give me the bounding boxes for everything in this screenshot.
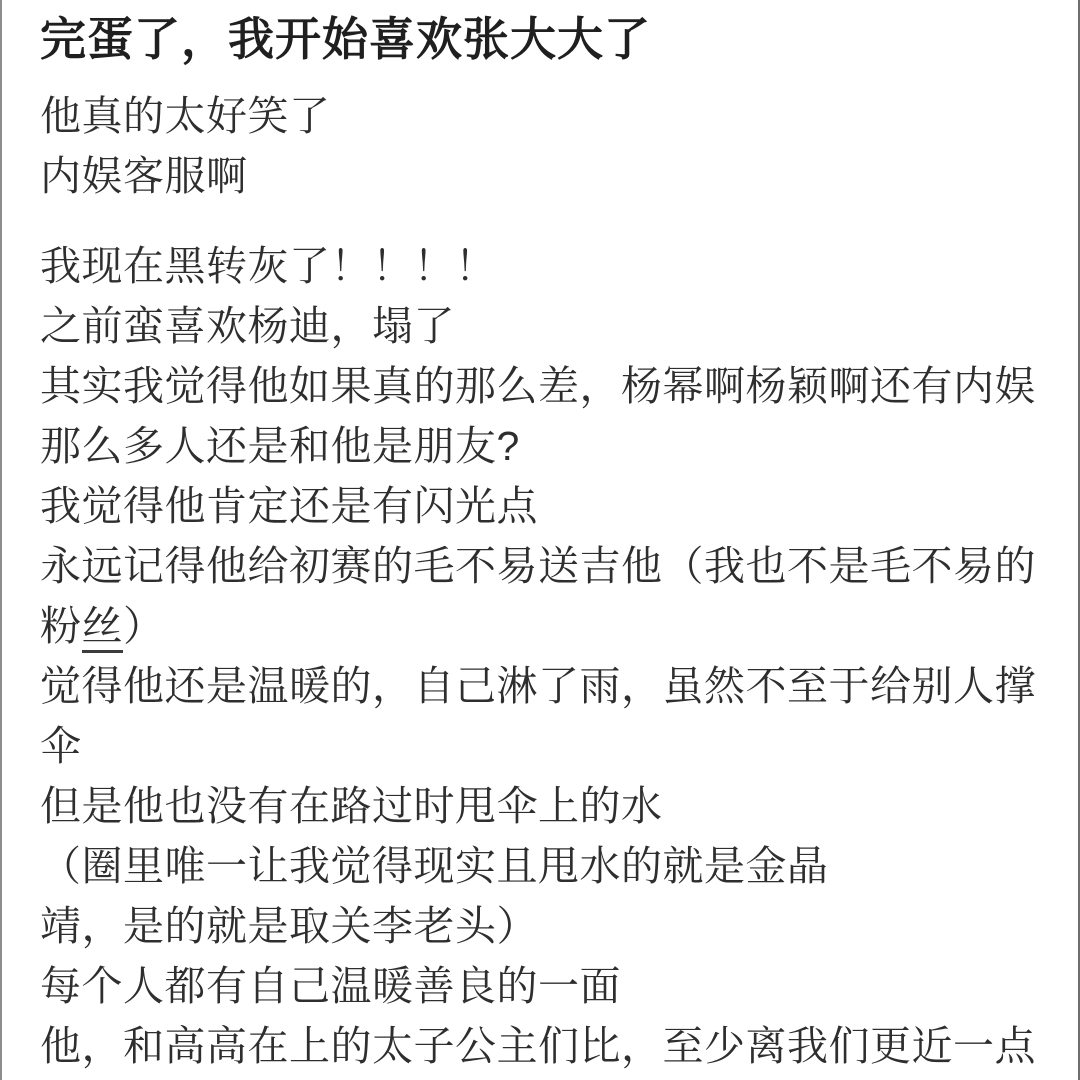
text-line: 我现在黑转灰了！！！！ [40, 236, 1042, 296]
text-line: 其实我觉得他如果真的那么差，杨幂啊杨颖啊还有内娱 [40, 356, 1042, 416]
underlined-text: 丝 [82, 603, 124, 653]
text-line: 我觉得他肯定还是有闪光点 [40, 476, 1042, 536]
post-body: 他真的太好笑了内娱客服啊我现在黑转灰了！！！！之前蛮喜欢杨迪，塌了其实我觉得他如… [40, 86, 1042, 1076]
text-line: 靖，是的就是取关李老头） [40, 896, 1042, 956]
text-line: 他真的太好笑了 [40, 86, 1042, 146]
paragraph: 我现在黑转灰了！！！！之前蛮喜欢杨迪，塌了其实我觉得他如果真的那么差，杨幂啊杨颖… [40, 236, 1042, 1076]
text-line: 觉得他还是温暖的，自己淋了雨，虽然不至于给别人撑 [40, 656, 1042, 716]
post-title: 完蛋了，我开始喜欢张大大了 [40, 8, 1042, 70]
text-line: 内娱客服啊 [40, 146, 1042, 206]
text-line: 伞 [40, 716, 1042, 776]
text-line: 他，和高高在上的太子公主们比，至少离我们更近一点 [40, 1016, 1042, 1076]
text-line: 之前蛮喜欢杨迪，塌了 [40, 296, 1042, 356]
text-line: （圈里唯一让我觉得现实且甩水的就是金晶 [40, 836, 1042, 896]
left-edge-line [0, 0, 2, 1080]
text-line: 粉丝） [40, 596, 1042, 656]
text-line: 那么多人还是和他是朋友? [40, 416, 1042, 476]
text-line: 每个人都有自己温暖善良的一面 [40, 956, 1042, 1016]
text-line: 永远记得他给初赛的毛不易送吉他（我也不是毛不易的 [40, 536, 1042, 596]
text-line: 但是他也没有在路过时甩伞上的水 [40, 776, 1042, 836]
text-post: 完蛋了，我开始喜欢张大大了 他真的太好笑了内娱客服啊我现在黑转灰了！！！！之前蛮… [0, 0, 1080, 1076]
paragraph: 他真的太好笑了内娱客服啊 [40, 86, 1042, 206]
